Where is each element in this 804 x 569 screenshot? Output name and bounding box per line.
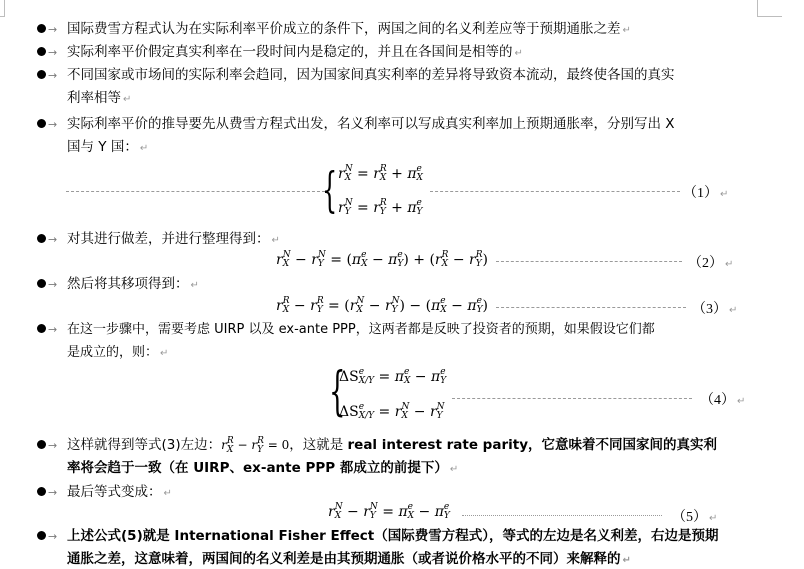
paragraph-mark-icon: ↵	[140, 143, 148, 154]
bullet-icon: →	[37, 318, 67, 341]
equation-number: （1）↵	[683, 182, 728, 202]
paragraph-text-line2: 率将会趋于一致（在 UIRP、ex-ante PPP 都成立的前提下）	[67, 460, 448, 476]
equation-number: （4）↵	[700, 389, 745, 409]
paragraph-text: 实际利率平价假定真实利率在一段时间内是稳定的，并且在各国间是相等的	[67, 44, 513, 60]
paragraph-text-line2: 是成立的，则：	[67, 345, 158, 360]
bullet-icon: →	[37, 41, 67, 64]
paragraph-text-line1: 实际利率平价的推导要先从费雪方程式出发，名义利率可以写成真实利率加上预期通胀率，…	[67, 116, 675, 132]
paragraph-text-line2: 国与 Y 国：	[67, 139, 138, 155]
paragraph-mark-icon: ↵	[160, 348, 168, 359]
paragraph-mark-icon: ↵	[623, 25, 631, 36]
equation-number: （5）↵	[672, 506, 717, 526]
equation-line: ΔSeX/Y = rNX − rNY	[339, 403, 445, 421]
paragraph-mark-icon: ↵	[515, 48, 523, 59]
paragraph-text-line1: 在这一步骤中，需要考虑 UIRP 以及 ex-ante PPP，这两者都是反映了…	[67, 322, 655, 337]
paragraph-mark-icon: ↵	[450, 464, 458, 475]
paragraph-text-bold: real interest rate parity，它意味着不同国家间的真实利	[348, 437, 718, 453]
equation-number: （3）↵	[692, 298, 737, 318]
left-brace-icon: {	[322, 160, 337, 220]
paragraph-text-line1: 不同国家或市场间的实际利率会趋同，因为国家间真实利率的差异将导致资本流动，最终使…	[67, 67, 675, 83]
paragraph-text: 国际费雪方程式认为在实际利率平价成立的条件下，两国之间的名义利差应等于预期通胀之…	[67, 21, 621, 37]
paragraph-text: 最后等式变成：	[67, 484, 162, 500]
bullet-icon: →	[37, 273, 67, 296]
paragraph-text: 对其进行做差，并进行整理得到：	[67, 231, 270, 247]
paragraph-text-prefix: 这样就得到等式(3)左边：	[67, 437, 221, 453]
paragraph-text-line1: 上述公式(5)就是 International Fisher Effect（国际…	[67, 528, 719, 544]
paragraph-mark-icon: ↵	[272, 235, 280, 246]
tab-leader-dots	[462, 515, 662, 516]
equation-line: rRX − rRY = (rNX − rNY) − (πeX − πeY)	[276, 297, 488, 315]
paragraph-mark-icon: ↵	[623, 555, 631, 566]
tab-leader-dots	[452, 398, 692, 399]
tab-leader-dots	[66, 191, 325, 192]
equation-line: ΔSeX/Y = πeX − πeY	[339, 368, 446, 386]
bullet-icon: →	[37, 228, 67, 251]
inline-equation: rRX − rRY = 0	[221, 438, 289, 452]
paragraph-text-line2: 利率相等	[67, 90, 121, 106]
bullet-icon: →	[37, 481, 67, 504]
paragraph-mark-icon: ↵	[123, 94, 131, 105]
bullet-icon: →	[37, 18, 67, 41]
equation-line: rNX − rNY = (πeX − πeY) + (rRX − rRY)	[276, 251, 488, 269]
tab-leader-dots	[496, 261, 682, 262]
equation-number: （2）↵	[688, 252, 733, 272]
tab-leader-dots	[430, 191, 680, 192]
equation-line: rNX = rRX + πeX	[338, 165, 423, 183]
page-corner-mark-right	[757, 0, 782, 17]
paragraph-mark-icon: ↵	[191, 280, 199, 291]
bullet-icon: →	[37, 434, 67, 457]
paragraph-text-line2: 通胀之差，这意味着，两国间的名义利差是由其预期通胀（或者说价格水平的不同）来解释…	[67, 551, 621, 567]
bullet-icon: →	[37, 64, 67, 87]
paragraph-mark-icon: ↵	[164, 488, 172, 499]
paragraph-text-mid: ，这就是	[289, 437, 347, 453]
bullet-icon: →	[37, 525, 67, 548]
bullet-icon: →	[37, 113, 67, 136]
equation-line: rNY = rRY + πeY	[338, 199, 423, 217]
page-corner-mark-left	[0, 0, 5, 17]
equation-line: rNX − rNY = πeX − πeY	[328, 503, 450, 521]
paragraph-text: 然后将其移项得到：	[67, 276, 189, 292]
tab-leader-dots	[496, 307, 686, 308]
